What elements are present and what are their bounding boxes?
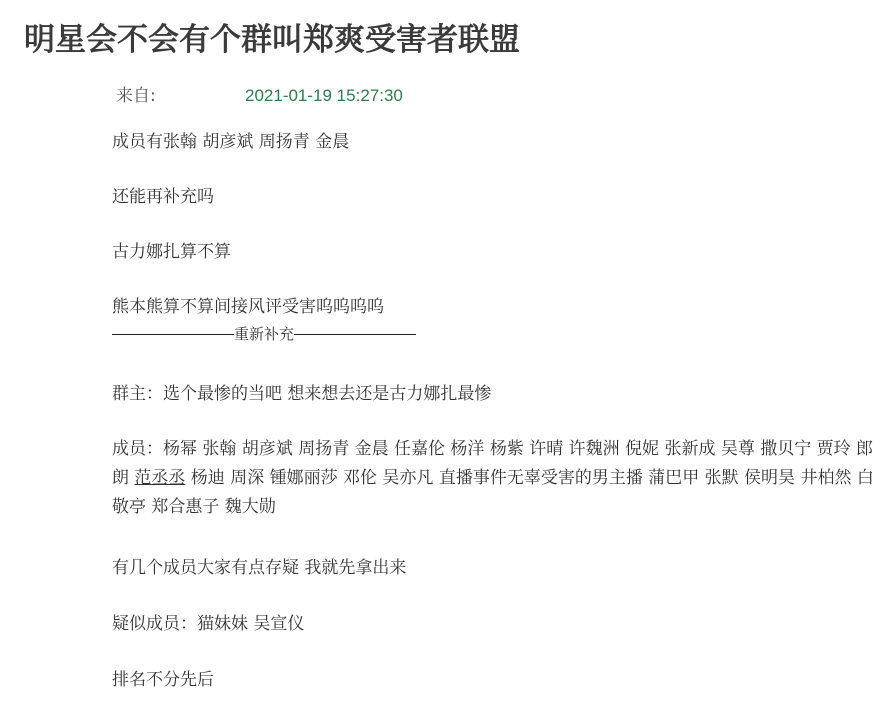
- article-title: 明星会不会有个群叫郑爽受害者联盟: [24, 18, 520, 62]
- paragraph-suspected-members: 疑似成员：猫妹妹 吴宣仪: [112, 610, 304, 638]
- member-link-fan-chengcheng[interactable]: 范丞丞: [134, 468, 185, 488]
- paragraph-kumamon: 熊本熊算不算间接风评受害呜呜呜呜: [112, 293, 384, 321]
- post-date: 2021-01-19 15:27:30: [245, 86, 403, 105]
- members-text-after: 杨迪 周深 锺娜丽莎 邓伦 吴亦凡 直播事件无辜受害的男主播 蒲巴甲 张默 侯明…: [112, 468, 874, 517]
- paragraph-group-owner: 群主：选个最惨的当吧 想来想去还是古力娜扎最惨: [112, 380, 491, 408]
- paragraph-doubtful-intro: 有几个成员大家有点存疑 我就先拿出来: [112, 554, 406, 582]
- paragraph-members-initial: 成员有张翰 胡彦斌 周扬青 金晨: [112, 128, 349, 156]
- paragraph-question: 还能再补充吗: [112, 183, 214, 211]
- paragraph-gulinazha: 古力娜扎算不算: [112, 238, 231, 266]
- divider-label: 重新补充: [234, 324, 294, 344]
- section-divider: 重新补充: [112, 324, 416, 344]
- paragraph-ranking-note: 排名不分先后: [112, 666, 214, 694]
- paragraph-members-list: 成员：杨幂 张翰 胡彦斌 周扬青 金晨 任嘉伦 杨洋 杨紫 许晴 许魏洲 倪妮 …: [112, 435, 882, 522]
- source-label: 来自:: [116, 84, 245, 108]
- divider-line-right: [294, 334, 416, 335]
- article-meta: 来自:2021-01-19 15:27:30: [116, 84, 403, 108]
- divider-line-left: [112, 334, 234, 335]
